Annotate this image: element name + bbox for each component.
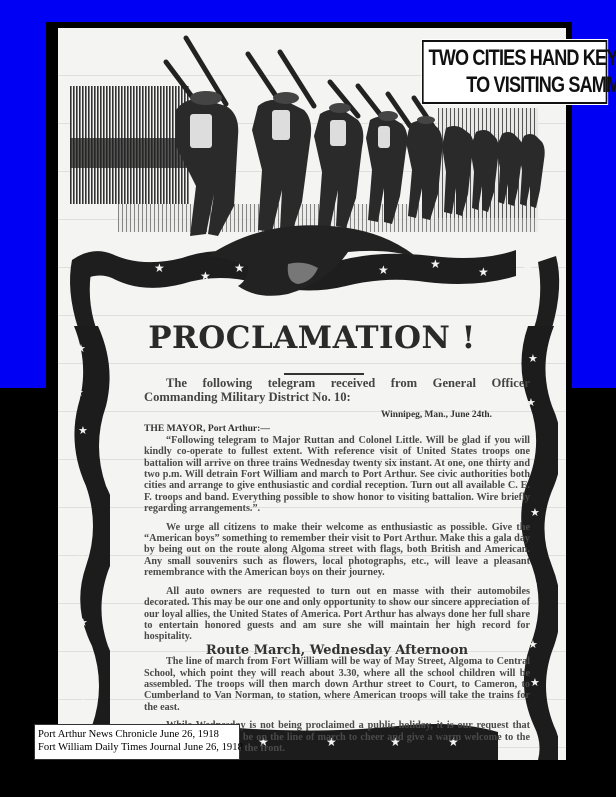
- svg-text:★: ★: [530, 506, 540, 519]
- svg-text:★: ★: [200, 269, 211, 283]
- newspaper-clipping: ★ ★ ★ ★ ★ ★ ★ ★★★ ★★★★ ★★★ ★★★ ★★★★: [58, 28, 566, 760]
- svg-text:★: ★: [76, 546, 86, 559]
- svg-text:★: ★: [78, 696, 88, 709]
- svg-text:★: ★: [76, 656, 86, 669]
- headline-line-1: TWO CITIES HAND KEYS: [429, 45, 616, 71]
- svg-text:★: ★: [74, 386, 84, 399]
- salutation: THE MAYOR, Port Arthur:—: [144, 423, 530, 434]
- proclamation-title: PROCLAMATION !: [58, 320, 566, 356]
- svg-text:★: ★: [78, 424, 88, 437]
- svg-text:★: ★: [234, 261, 245, 275]
- paragraph-autos: All auto owners are requested to turn ou…: [144, 586, 530, 643]
- headline-line-2: TO VISITING SAMMIES: [466, 72, 616, 98]
- svg-text:★: ★: [78, 616, 88, 629]
- proclamation-body: The following telegram received from Gen…: [144, 376, 530, 760]
- left-ribbon-border: ★★★ ★★★★: [66, 326, 110, 760]
- svg-text:★: ★: [522, 261, 533, 275]
- svg-text:★: ★: [478, 265, 489, 279]
- headline-box: TWO CITIES HAND KEYS TO VISITING SAMMIES: [422, 40, 607, 104]
- caption-line-2: Fort William Daily Times Journal June 26…: [38, 742, 239, 755]
- dateline: Winnipeg, Man., June 24th.: [144, 410, 492, 421]
- title-underline: [284, 373, 364, 375]
- paragraph-route: The line of march from Fort William will…: [144, 656, 530, 713]
- intro-text: The following telegram received from Gen…: [144, 376, 530, 404]
- source-caption: Port Arthur News Chronicle June 26, 1918…: [34, 724, 240, 760]
- svg-text:★: ★: [378, 263, 389, 277]
- telegram-text: “Following telegram to Major Ruttan and …: [144, 435, 530, 515]
- route-march-subheading: Route March, Wednesday Afternoon: [144, 645, 530, 656]
- caption-line-1: Port Arthur News Chronicle June 26, 1918: [38, 729, 239, 742]
- svg-text:★: ★: [154, 261, 165, 275]
- svg-text:★: ★: [530, 676, 540, 689]
- svg-text:★: ★: [430, 257, 441, 271]
- paragraph-welcome: We urge all citizens to make their welco…: [144, 522, 530, 579]
